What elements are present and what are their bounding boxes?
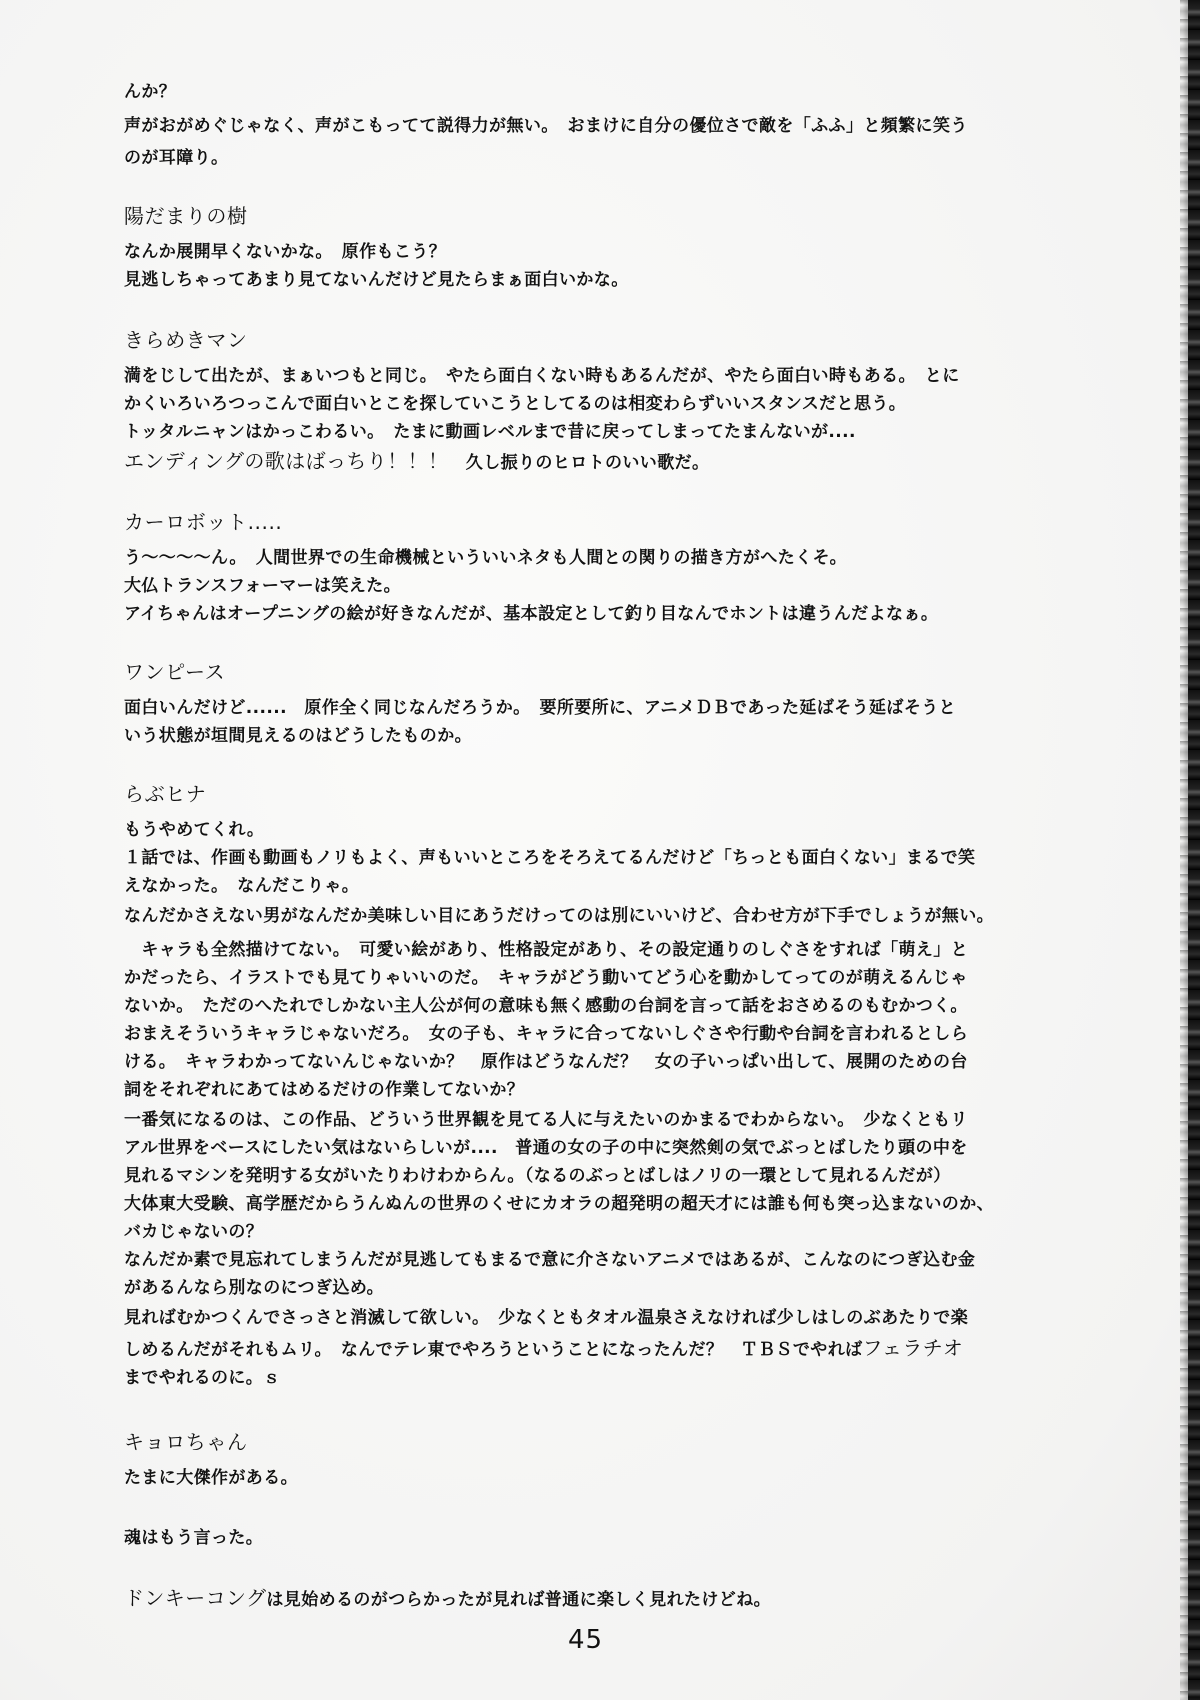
body-line: 見逃しちゃってあまり見てないんだけど見たらまぁ面白いかな。 [124, 268, 629, 292]
body-line: いう状態が垣間見えるのはどうしたものか。 [124, 724, 472, 748]
body-line: 声がおがめぐじゃなく、声がこもってて説得力が無い。 おまけに自分の優位さで敵を「… [124, 114, 968, 138]
body-line-ending-song: エンディングの歌はばっちり！！！ 久し振りのヒロトのいい歌だ。 [124, 449, 709, 475]
body-line: ないか。 ただのへたれでしかない主人公が何の意味も無く感動の台詞を言って話をおさ… [124, 994, 968, 1018]
body-line: たまに大傑作がある。 [124, 1466, 298, 1490]
body-line: んか？ [124, 80, 176, 104]
body-line: なんだかさえない男がなんだか美味しい目にあうだけってのは別にいいけど、合わせ方が… [124, 904, 994, 928]
body-line: ける。 キャラわかってないんじゃないか？ 原作はどうなんだ？ 女の子いっぱい出し… [124, 1050, 968, 1074]
section-heading-car-robot: カーロボット..... [124, 510, 282, 534]
emphasized-text: フェラチオ [863, 1336, 964, 1360]
body-line: かだったら、イラストでも見てりゃいいのだ。 キャラがどう動いてどう心を動かしてっ… [124, 966, 968, 990]
body-line: かくいろいろつっこんで面白いとこを探していこうとしてるのは相変わらずいいスタンス… [124, 392, 906, 416]
section-heading-kyoro-chan: キョロちゃん [124, 1430, 248, 1454]
section-heading-love-hina: らぶヒナ [124, 782, 206, 806]
body-line: 満をじして出たが、まぁいつもと同じ。 やたら面白くない時もあるんだが、やたら面白… [124, 364, 960, 388]
body-line: があるんなら別なのにつぎ込め。 [124, 1276, 384, 1300]
body-text: 久し振りのヒロトのいい歌だ。 [448, 453, 709, 473]
body-line: までやれるのに。ｓ [124, 1366, 281, 1390]
torn-paper-edge [1188, 0, 1200, 1700]
section-heading-one-piece: ワンピース [124, 660, 225, 684]
body-line: なんだか素で見忘れてしまうんだが見逃してもまるで意に介さないアニメではあるが、こ… [124, 1248, 975, 1272]
page-number: 45 [568, 1625, 603, 1655]
body-line: アイちゃんはオープニングの絵が好きなんだが、基本設定として釣り目なんでホントは違… [124, 602, 938, 626]
body-line: しめるんだがそれもムリ。 なんでテレ東でやろうということになったんだ？ ＴＢＳで… [124, 1336, 963, 1362]
body-text: は見始めるのがつらかったが見れば普通に楽しく見れたけどね。 [266, 1590, 771, 1610]
section-heading-kirameki-man: きらめきマン [124, 328, 248, 352]
emphasized-text: ドンキーコング [124, 1586, 266, 1610]
body-line: アル世界をベースにしたい気はないらしいが.... 普通の女の子の中に突然剣の気で… [124, 1136, 968, 1160]
body-line: 詞をそれぞれにあてはめるだけの作業してないか？ [124, 1078, 524, 1102]
body-line: おまえそういうキャラじゃないだろ。 女の子も、キャラに合ってないしぐさや行動や台… [124, 1022, 968, 1046]
body-line: 大体東大受験、高学歴だからうんぬんの世界のくせにカオラの超発明の超天才には誰も何… [124, 1192, 994, 1216]
body-line-donkey-kong: ドンキーコングは見始めるのがつらかったが見れば普通に楽しく見れたけどね。 [124, 1586, 771, 1612]
body-line: 見れるマシンを発明する女がいたりわけわからん。（なるのぶっとばしはノリの一環とし… [124, 1164, 951, 1188]
body-line: えなかった。 なんだこりゃ。 [124, 874, 359, 898]
body-line: のが耳障り。 [124, 146, 228, 170]
emphasized-text: エンディングの歌はばっちり！！！ [124, 449, 448, 473]
body-line: 面白いんだけど...... 原作全く同じなんだろうか。 要所要所に、アニメＤＢで… [124, 696, 956, 720]
body-line: １話では、作画も動画もノリもよく、声もいいところをそろえてるんだけど「ちっとも面… [124, 846, 975, 870]
body-line: バカじゃないの？ [124, 1220, 263, 1244]
body-line-tamashii: 魂はもう言った。 [124, 1526, 263, 1550]
scanned-page: んか？ 声がおがめぐじゃなく、声がこもってて説得力が無い。 おまけに自分の優位さ… [0, 0, 1200, 1700]
body-line: なんか展開早くないかな。 原作もこう？ [124, 240, 446, 264]
body-line: もうやめてくれ。 [124, 818, 264, 842]
body-line: トッタルニャンはかっこわるい。 たまに動画レベルまで昔に戻ってしまってたまんない… [124, 420, 856, 444]
body-line: 一番気になるのは、この作品、どういう世界観を見てる人に与えたいのかまるでわからな… [124, 1108, 968, 1132]
body-line: う～～～～ん。 人間世界での生命機械といういいネタも人間との関りの描き方がへたく… [124, 546, 847, 570]
body-line: 見ればむかつくんでさっさと消滅して欲しい。 少なくともタオル温泉さえなければ少し… [124, 1306, 968, 1330]
body-line: キャラも全然描けてない。 可愛い絵があり、性格設定があり、その設定通りのしぐさを… [124, 938, 968, 962]
torn-edge-shadow [1180, 0, 1188, 1700]
body-text: しめるんだがそれもムリ。 なんでテレ東でやろうということになったんだ？ ＴＢＳで… [124, 1340, 863, 1360]
body-line: 大仏トランスフォーマーは笑えた。 [124, 574, 401, 598]
section-heading-hidamari: 陽だまりの樹 [124, 204, 248, 228]
